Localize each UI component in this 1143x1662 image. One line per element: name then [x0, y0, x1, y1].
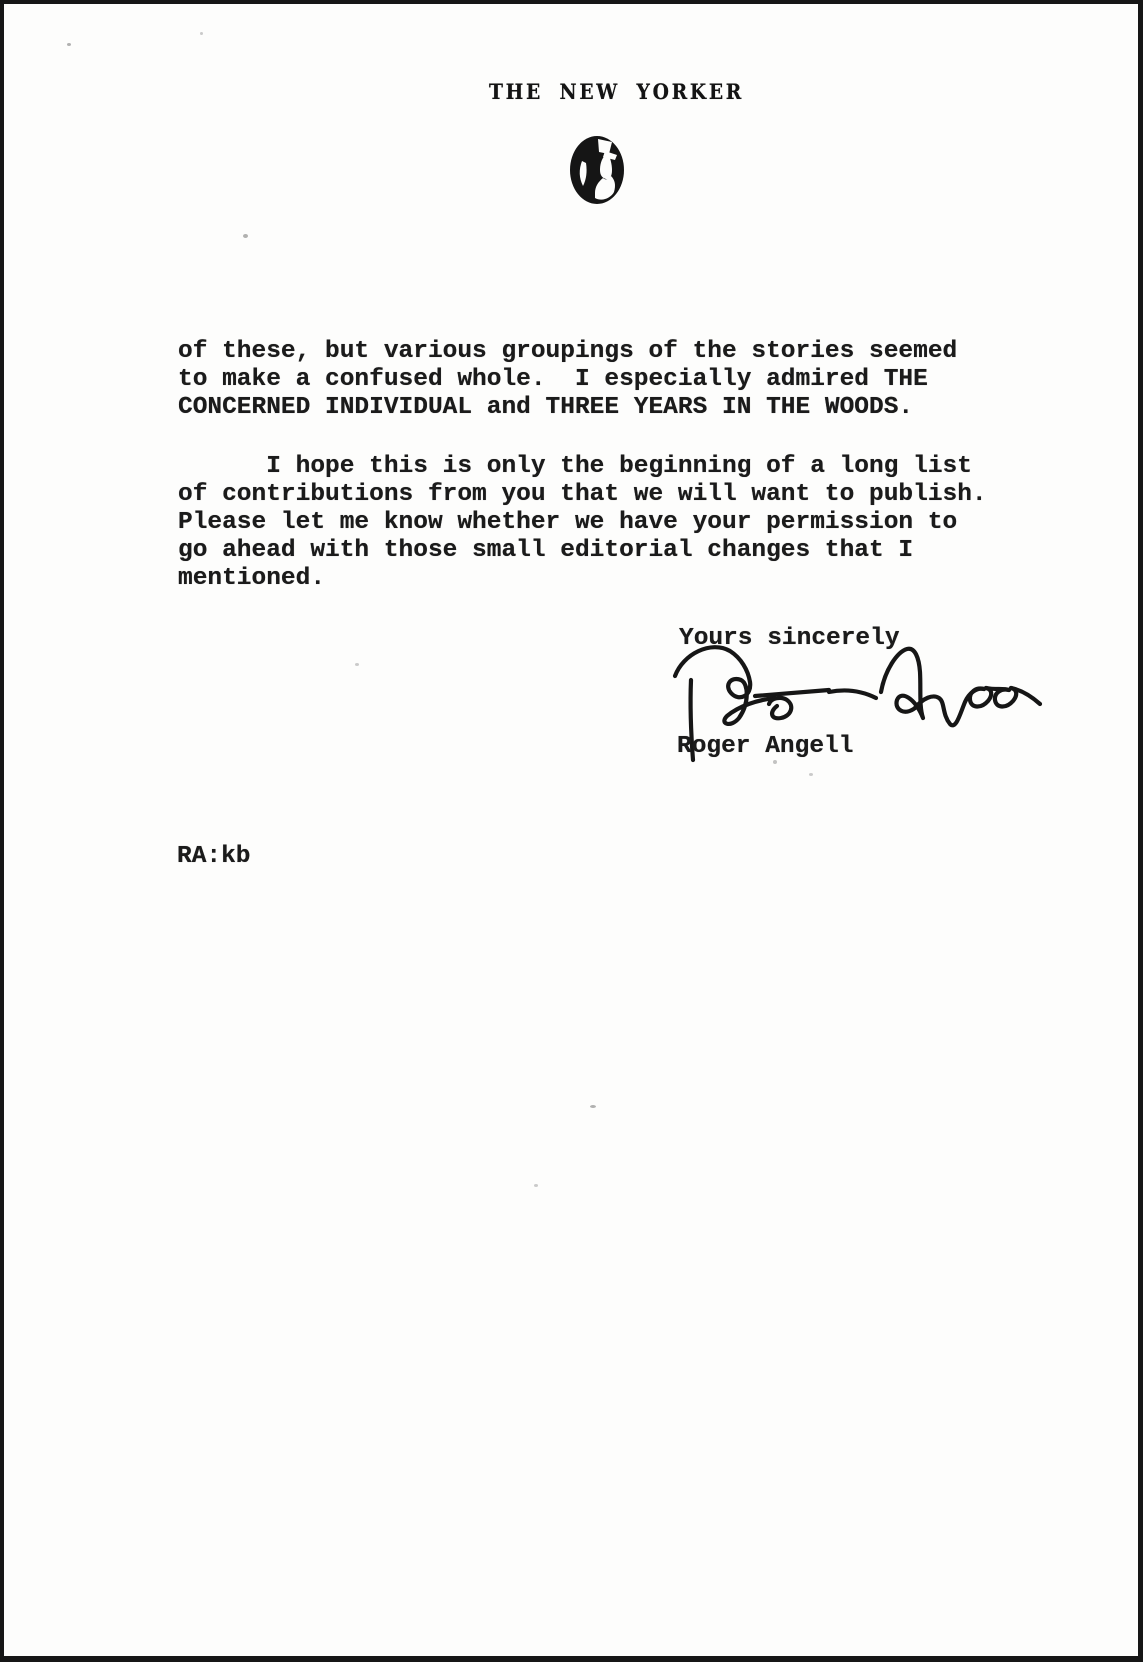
scan-speck	[773, 760, 777, 764]
scan-speck	[243, 234, 248, 238]
scan-speck	[200, 32, 203, 35]
letter-paragraph-2: I hope this is only the beginning of a l…	[178, 453, 987, 593]
eustace-tilley-icon	[568, 134, 626, 208]
scan-speck	[534, 1184, 538, 1187]
reference-initials: RA:kb	[177, 843, 251, 871]
typed-signatory-name: Roger Angell	[677, 733, 853, 761]
letter-page: THE NEW YORKER of these, but various gro…	[4, 4, 1138, 1656]
scan-speck	[809, 773, 813, 776]
letter-paragraph-1: of these, but various groupings of the s…	[178, 338, 957, 422]
scan-speck	[355, 663, 359, 666]
scan-speck	[67, 43, 71, 46]
scan-speck	[590, 1105, 596, 1108]
new-yorker-logo-icon	[568, 134, 626, 213]
masthead-title: THE NEW YORKER	[489, 80, 744, 105]
